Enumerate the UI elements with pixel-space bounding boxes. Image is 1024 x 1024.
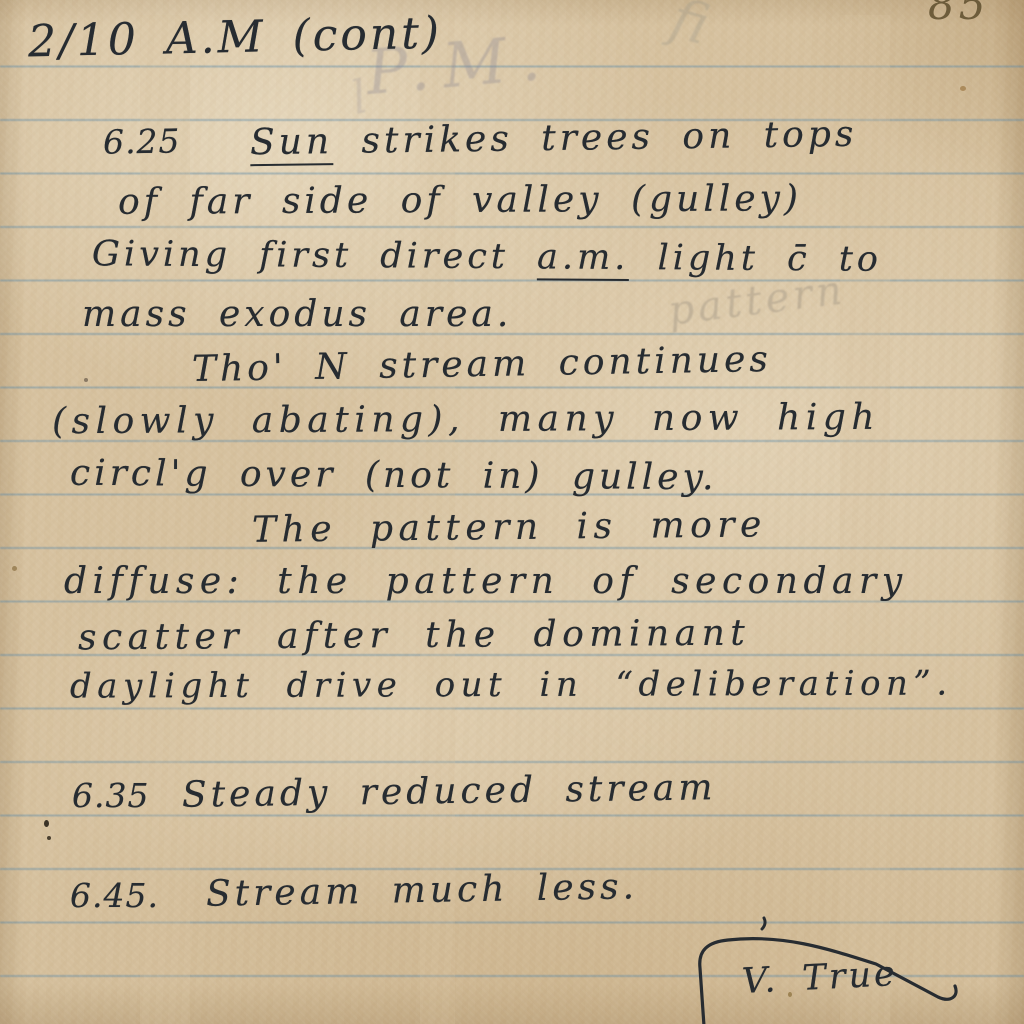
ink-speck — [44, 820, 49, 827]
underlined-word-sun: Sun — [250, 121, 334, 166]
log-line: (slowly abating), many now high — [52, 397, 880, 442]
log-line: The pattern is more — [252, 504, 767, 550]
log-line: Stream much less. — [206, 866, 639, 915]
log-line: mass exodus area. — [82, 294, 512, 335]
log-line: circl'g over (not in) gulley. — [70, 453, 718, 499]
log-line: Sun strikes trees on tops — [250, 114, 858, 163]
paper-stain — [12, 566, 17, 571]
log-line-text: light c̄ to — [657, 238, 882, 280]
log-line: of far side of valley (gulley) — [118, 178, 802, 223]
signature: V. True — [741, 954, 899, 1002]
log-line: daylight drive out in “deliberation”. — [70, 663, 953, 706]
paper-stain — [960, 86, 966, 91]
underlined-word-am: a.m. — [537, 237, 630, 281]
page-header-date: 2/10 A.M (cont) — [28, 8, 443, 68]
page-number: 85 — [928, 0, 989, 29]
log-line-text: Giving first direct — [92, 234, 509, 277]
ink-speck — [84, 378, 88, 382]
entry-time-635: 6.35 — [72, 776, 149, 815]
entry-time-645: 6.45. — [70, 876, 159, 915]
log-line: Steady reduced stream — [182, 767, 717, 815]
ink-speck — [47, 836, 51, 840]
notebook-page: { "page": { "number_fragment": "85", "ki… — [0, 0, 1024, 1024]
entry-time-625: 6.25 — [103, 121, 181, 161]
log-line: Giving first direct a.m. light c̄ to — [92, 234, 882, 280]
paper-stain — [788, 992, 792, 997]
log-line-text: strikes trees on tops — [361, 114, 857, 162]
log-line: diffuse: the pattern of secondary — [64, 561, 908, 602]
log-line: scatter after the dominant — [78, 613, 751, 659]
